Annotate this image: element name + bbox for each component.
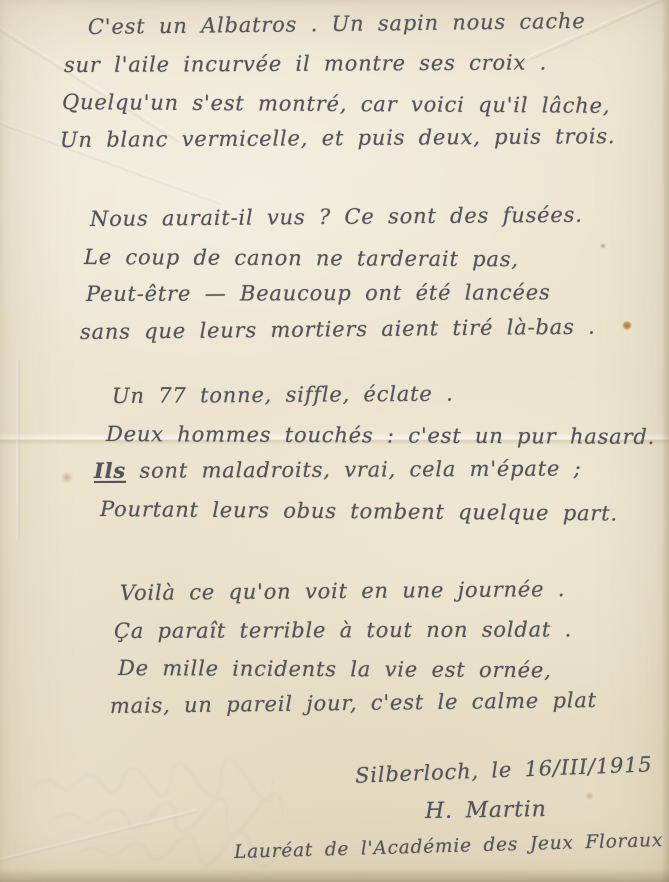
- poem-line: C'est un Albatros . Un sapin nous cache: [88, 5, 669, 50]
- poem-line: Un blanc vermicelle, et puis deux, puis …: [60, 120, 669, 162]
- poem-stanza-4: Voilà ce qu'on voit en une journée .Ça p…: [0, 578, 669, 728]
- page-edge-shadow: [661, 0, 669, 882]
- foxing-spot: [585, 792, 594, 800]
- poem-line: Ils sont maladroits, vrai, cela m'épate …: [94, 453, 669, 494]
- poem-line: Nous aurait-il vus ? Ce sont des fusées.: [90, 199, 669, 242]
- poem-line: sur l'aile incurvée il montre ses croix …: [64, 46, 669, 87]
- poem-line: mais, un pareil jour, c'est le calme pla…: [110, 684, 669, 728]
- poem-line: sans que leurs mortiers aient tiré là-ba…: [80, 310, 669, 354]
- letter-page: C'est un Albatros . Un sapin nous caches…: [0, 0, 669, 882]
- poem-line: Pourtant leurs obus tombent quelque part…: [100, 494, 669, 536]
- signature-name: H. Martin: [425, 797, 547, 824]
- poem-line: Ça paraît terrible à tout non soldat .: [114, 614, 669, 653]
- poem-stanza-1: C'est un Albatros . Un sapin nous caches…: [0, 12, 669, 162]
- paper-crease: [0, 809, 197, 871]
- poem-stanza-2: Nous aurait-il vus ? Ce sont des fusées.…: [0, 204, 669, 354]
- poem-line: Le coup de canon ne tarderait pas,: [84, 242, 669, 283]
- poem-line: Un 77 tonne, siffle, éclate .: [112, 377, 669, 418]
- signature-title: Lauréat de l'Académie des Jeux Floraux: [234, 830, 664, 863]
- signature-place-date: Silberloch, le 16/III/1915: [355, 752, 653, 787]
- underlined-word: Ils: [94, 458, 126, 483]
- poem-stanza-3: Un 77 tonne, siffle, éclate .Deux hommes…: [0, 381, 669, 531]
- poem-line: Voilà ce qu'on voit en une journée .: [120, 573, 669, 615]
- page-edge-shadow: [0, 868, 669, 882]
- poem-line: Peut-être — Beaucoup ont été lancées: [86, 277, 669, 317]
